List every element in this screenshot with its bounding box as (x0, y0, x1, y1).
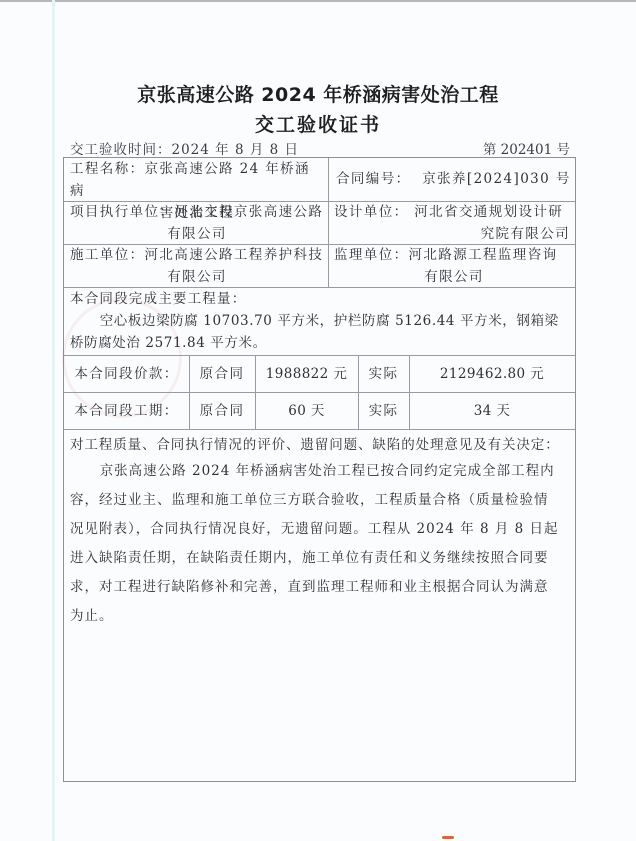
project-name-line1: 工程名称：京张高速公路 24 年桥涵病 (70, 158, 324, 202)
row-divider (64, 429, 575, 430)
executing-unit-line2: 有限公司 (70, 223, 324, 245)
construction-unit-line2: 有限公司 (70, 266, 324, 288)
decision-line: 京张高速公路 2024 年桥涵病害处治工程已按合同约定完成全部工程内 (70, 457, 576, 486)
supervision-unit-cell: 监理单位：河北路源工程监理咨询 有限公司 (334, 244, 574, 287)
quantities-line2: 桥防腐处治 2571.84 平方米。 (70, 332, 574, 354)
decision-line: 容，经过业主、监理和施工单位三方联合验收，工程质量合格（质量检验情 (70, 486, 576, 515)
quantities-heading: 本合同段完成主要工程量： (70, 288, 574, 310)
duration-original-value: 60 天 (255, 400, 358, 422)
price-label: 本合同段价款： (64, 363, 189, 385)
executing-unit-cell: 项目执行单位：河北交投京张高速公路 有限公司 (70, 201, 324, 244)
column-divider (328, 158, 329, 287)
price-actual-value: 2129462.80 元 (409, 363, 575, 385)
decision-heading: 对工程质量、合同执行情况的评价、遗留问题、缺陷的处理意见及有关决定： (70, 433, 576, 457)
price-original-label: 原合同 (189, 363, 255, 385)
row-divider (64, 355, 575, 356)
quantities-line1: 空心板边梁防腐 10703.70 平方米，护栏防腐 5126.44 平方米，钢箱… (70, 310, 574, 332)
red-seal-edge-mark (442, 836, 454, 839)
column-divider (255, 355, 256, 429)
construction-unit-line1: 施工单位：河北高速公路工程养护科技 (70, 244, 324, 266)
certificate-number: 第 202401 号 (483, 138, 570, 158)
certificate-page: 京张高速公路 2024 年桥涵病害处治工程 交工验收证书 交工验收时间：2024… (0, 0, 636, 841)
column-divider (358, 355, 359, 429)
column-divider (189, 355, 190, 429)
acceptance-date: 交工验收时间：2024 年 8 月 8 日 (70, 138, 299, 158)
construction-unit-cell: 施工单位：河北高速公路工程养护科技 有限公司 (70, 244, 324, 287)
document-title: 京张高速公路 2024 年桥涵病害处治工程 (0, 80, 636, 107)
acceptance-date-label: 交工验收时间： (70, 142, 172, 158)
decision-block: 对工程质量、合同执行情况的评价、遗留问题、缺陷的处理意见及有关决定： 京张高速公… (70, 433, 576, 631)
contract-no-cell: 合同编号： 京张养[2024]030 号 (336, 168, 574, 192)
supervision-unit-line1: 监理单位：河北路源工程监理咨询 (334, 244, 574, 266)
project-name-cell: 工程名称：京张高速公路 24 年桥涵病 害处治工程 (70, 158, 324, 201)
meta-row: 交工验收时间：2024 年 8 月 8 日 第 202401 号 (70, 138, 570, 156)
document-subtitle: 交工验收证书 (0, 110, 636, 137)
supervision-unit-line2: 有限公司 (334, 266, 574, 288)
row-divider (64, 392, 575, 393)
certificate-table: 工程名称：京张高速公路 24 年桥涵病 害处治工程 合同编号： 京张养[2024… (63, 157, 576, 782)
duration-label: 本合同段工期： (64, 400, 189, 422)
executing-unit-line1: 项目执行单位：河北交投京张高速公路 (70, 201, 324, 223)
duration-actual-value: 34 天 (409, 400, 575, 422)
contract-no-label: 合同编号： (336, 171, 411, 187)
price-original-value: 1988822 元 (255, 363, 358, 385)
decision-line: 求，对工程进行缺陷修补和完善，直到监理工程师和业主根据合同认为满意 (70, 573, 576, 602)
price-actual-label: 实际 (358, 363, 409, 385)
contract-no-value: 京张养[2024]030 号 (422, 171, 571, 187)
duration-actual-label: 实际 (358, 400, 409, 422)
column-divider (409, 355, 410, 429)
duration-original-label: 原合同 (189, 400, 255, 422)
design-unit-line1: 设计单位： 河北省交通规划设计研 (334, 201, 574, 223)
decision-line: 进入缺陷责任期，在缺陷责任期内，施工单位有责任和义务继续按照合同要 (70, 544, 576, 573)
design-unit-line2: 究院有限公司 (334, 223, 574, 245)
design-unit-cell: 设计单位： 河北省交通规划设计研 究院有限公司 (334, 201, 574, 244)
decision-line: 为止。 (70, 602, 576, 631)
acceptance-date-value: 2024 年 8 月 8 日 (172, 142, 300, 158)
decision-line: 况见附表），合同执行情况良好，无遗留问题。工程从 2024 年 8 月 8 日起 (70, 515, 576, 544)
quantities-block: 本合同段完成主要工程量： 空心板边梁防腐 10703.70 平方米，护栏防腐 5… (70, 288, 574, 354)
